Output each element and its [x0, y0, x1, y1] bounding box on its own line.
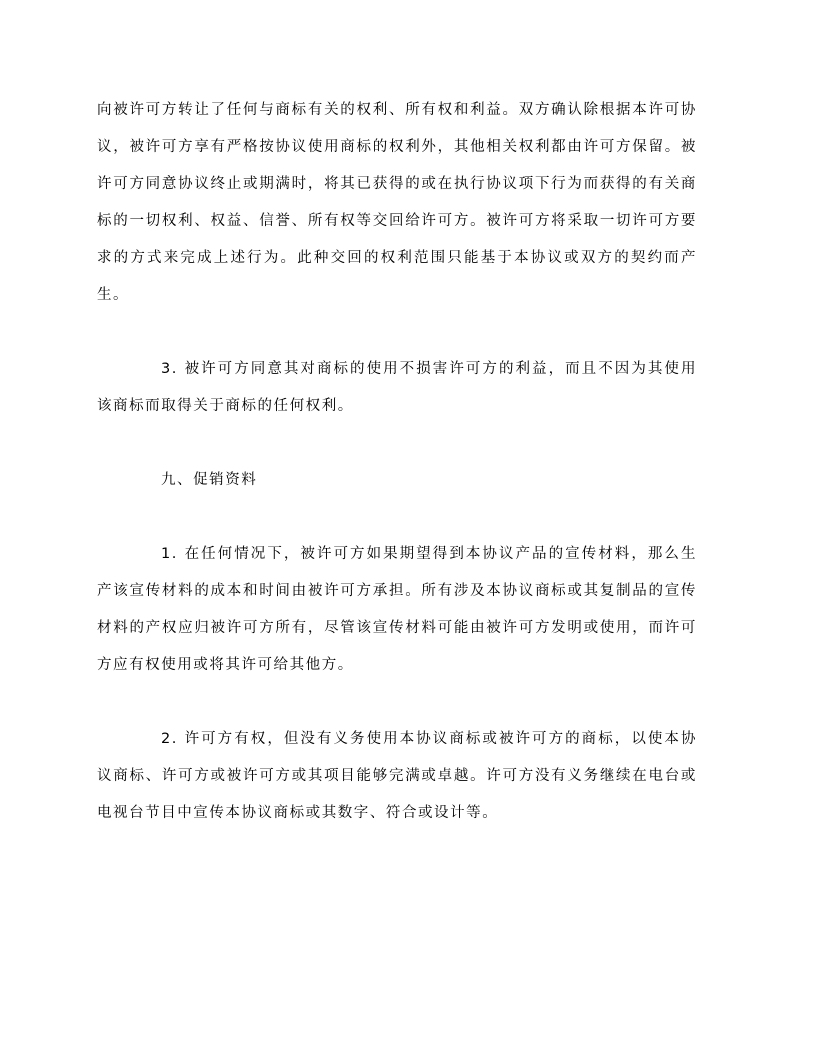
paragraph-spacer: [97, 425, 697, 462]
paragraph-spacer: [97, 499, 697, 536]
paragraph-clause-9-2: 2. 许可方有权，但没有义务使用本协议商标或被许可方的商标，以使本协议商标、许可…: [97, 721, 697, 832]
paragraph-spacer: [97, 314, 697, 351]
section-heading-promotional-materials: 九、促销资料: [97, 462, 697, 499]
paragraph-clause-3: 3. 被许可方同意其对商标的使用不损害许可方的利益，而且不因为其使用该商标而取得…: [97, 351, 697, 425]
document-page: 向被许可方转让了任何与商标有关的权利、所有权和利益。双方确认除根据本许可协议，被…: [97, 92, 697, 832]
paragraph-clause-9-1: 1. 在任何情况下，被许可方如果期望得到本协议产品的宣传材料，那么生产该宣传材料…: [97, 536, 697, 684]
paragraph-spacer: [97, 684, 697, 721]
paragraph-rights-return: 向被许可方转让了任何与商标有关的权利、所有权和利益。双方确认除根据本许可协议，被…: [97, 92, 697, 314]
